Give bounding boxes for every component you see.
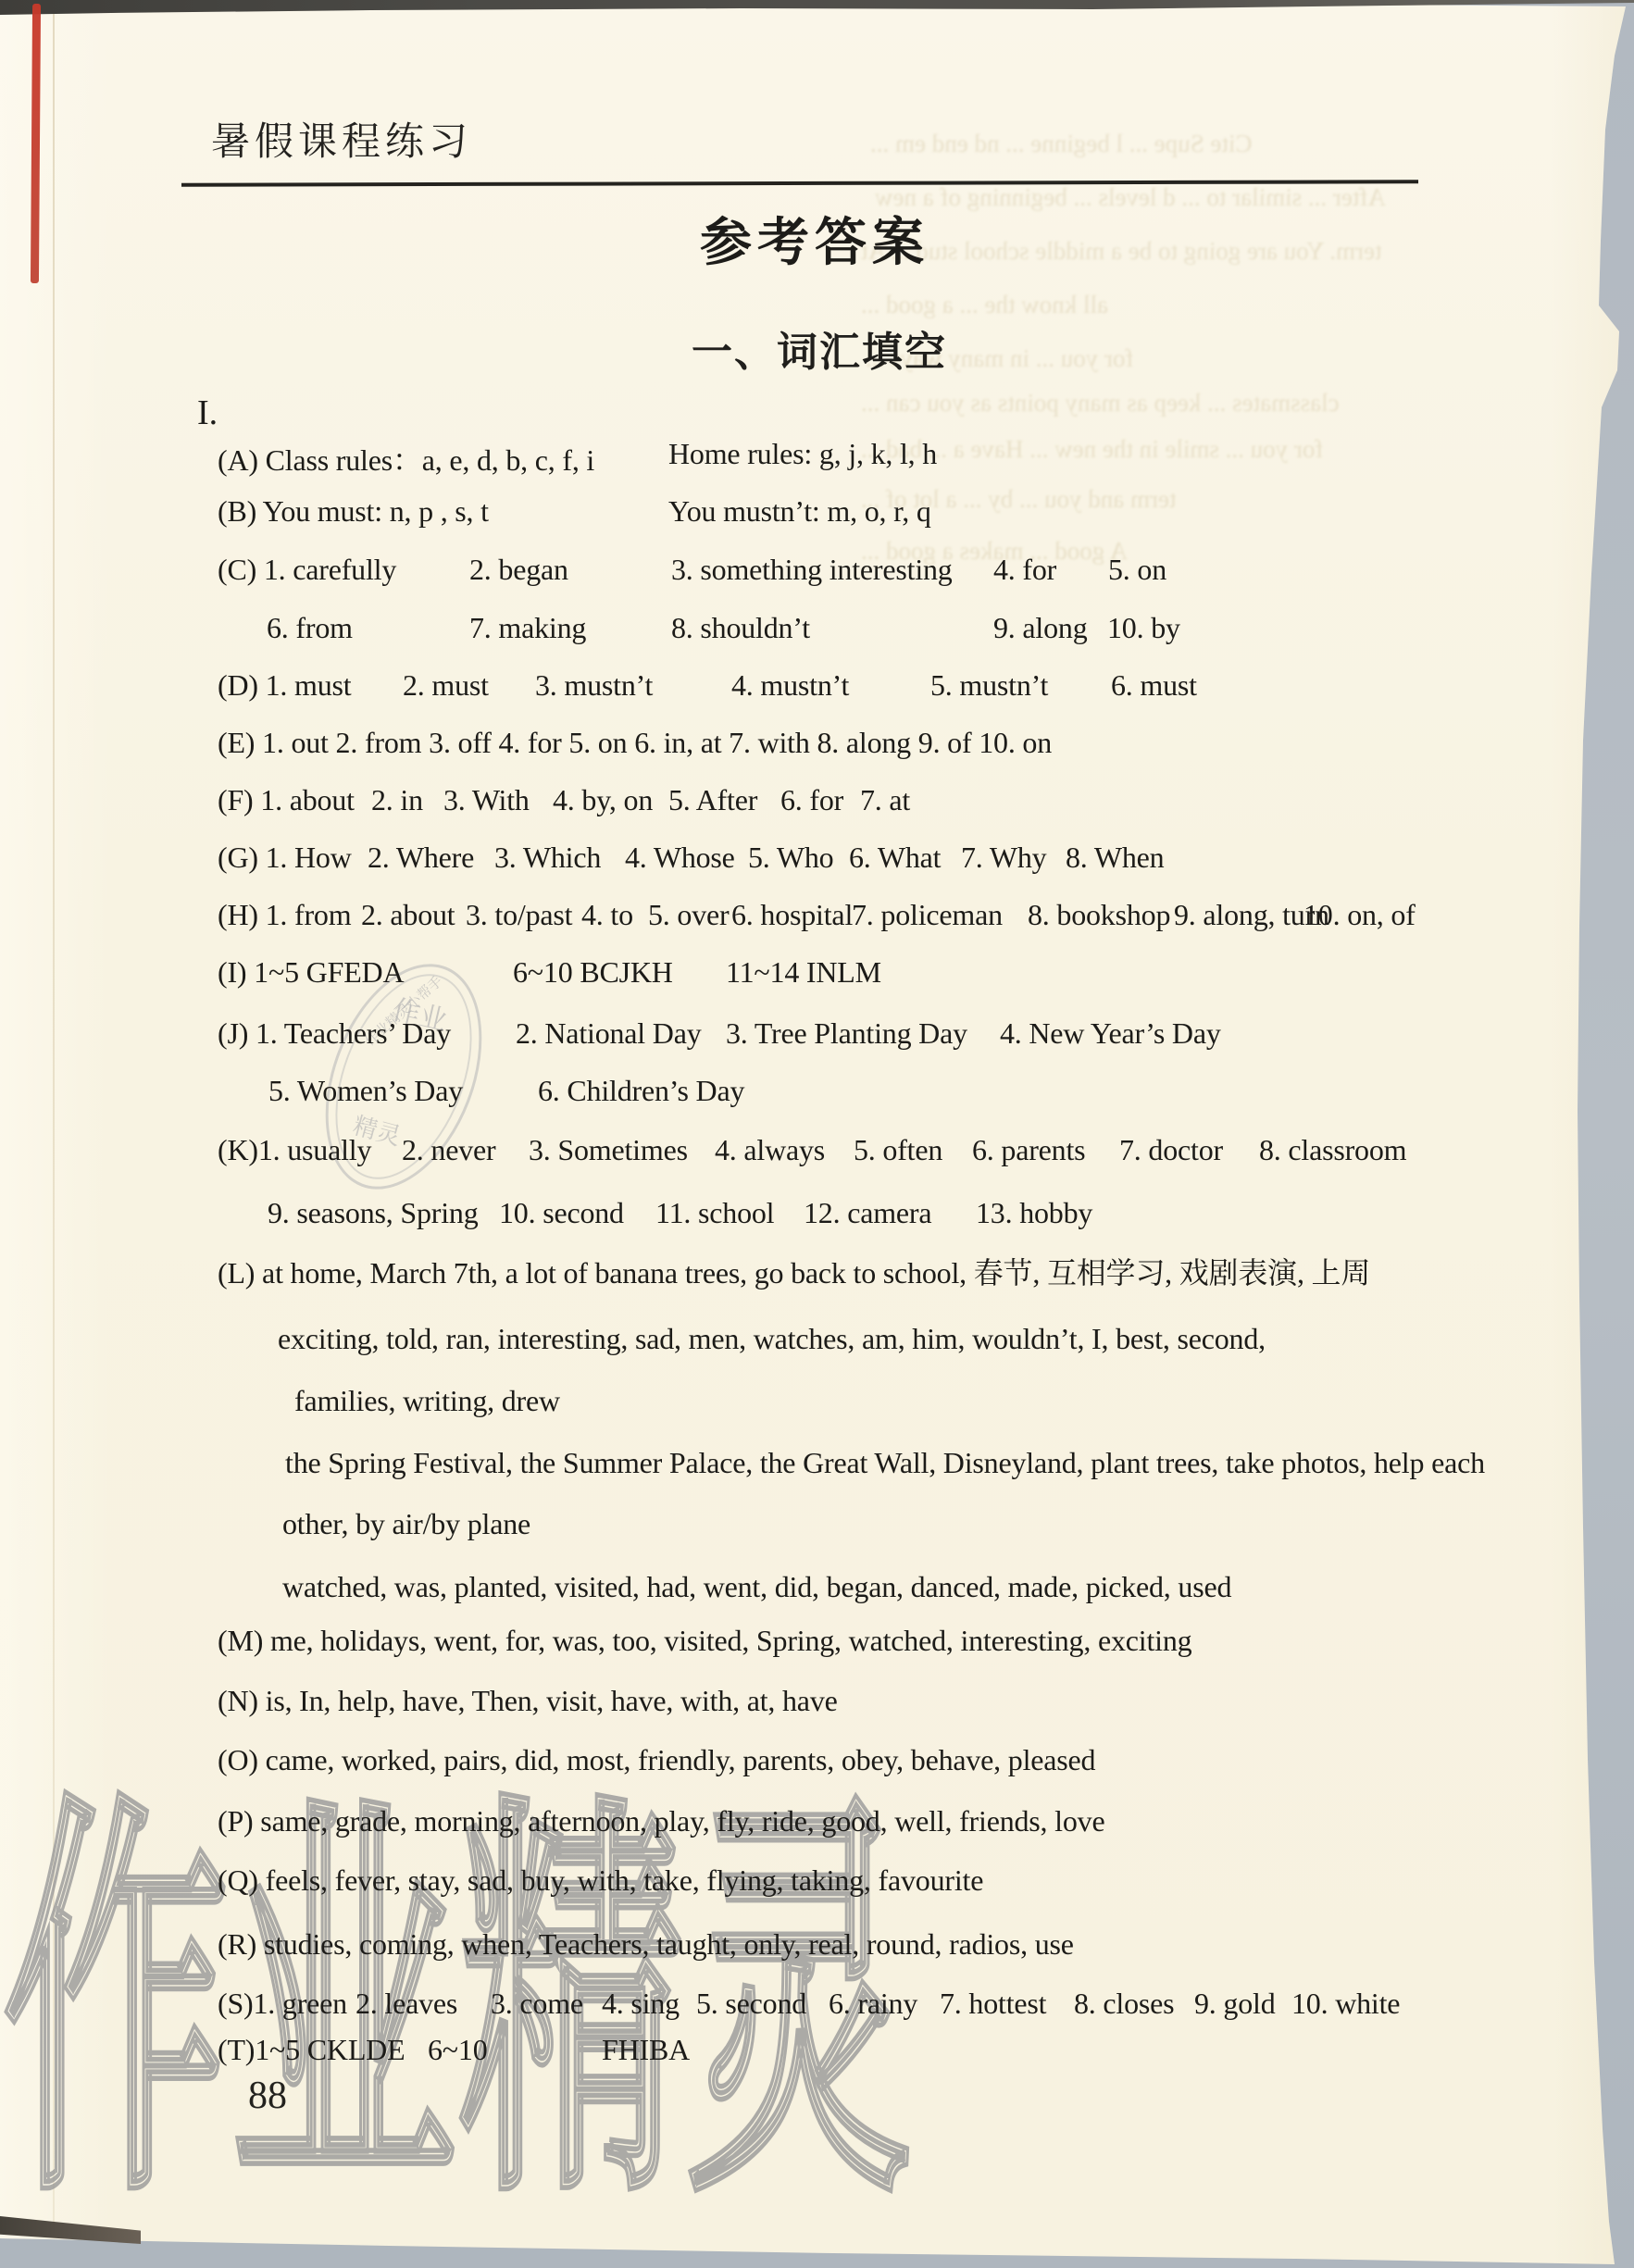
answer-segment: (N) is, In, help, have, Then, visit, hav… [218,1684,838,1718]
answer-segment: 6. from [267,611,353,645]
answer-segment: 5. Women’s Day [268,1074,463,1108]
answer-segment: 3. come [491,1987,583,2021]
answer-segment: (A) Class rules：a, e, d, b, c, f, i [218,437,594,480]
answer-segment: (Q) feels, fever, stay, sad, buy, with, … [218,1863,983,1898]
answer-segment: 6. Children’s Day [538,1074,744,1108]
answer-row-K2: 9. seasons, Spring10. second11. school12… [0,1196,1634,1237]
answer-row-J1: (J) 1. Teachers’ Day2. National Day3. Tr… [0,1016,1634,1057]
answer-segment: 6. must [1111,668,1197,703]
answer-segment: 2. about [361,898,455,932]
answer-row-L6: watched, was, planted, visited, had, wen… [0,1570,1634,1611]
answer-segment: 9. along [993,611,1088,645]
answer-row-G: (G) 1. How2. Where3. Which4. Whose5. Who… [0,841,1634,881]
answer-segment: 7. doctor [1119,1133,1223,1167]
answer-segment: 8. shouldn’t [671,611,810,645]
answer-row-T: (T)1~5 CKLDE6~10FHIBA [0,2033,1634,2074]
answer-segment: (R) studies, coming, when, Teachers, tau… [218,1927,1074,1962]
answer-segment: (H) 1. from [218,898,351,932]
answer-segment: Home rules: g, j, k, l, h [668,437,937,471]
answer-segment: 7. Why [961,841,1046,875]
answer-segment: (L) at home, March 7th, a lot of banana … [218,1250,1370,1292]
answer-segment: watched, was, planted, visited, had, wen… [282,1570,1231,1604]
answer-segment: FHIBA [602,2033,690,2067]
page-title: 参考答案 [611,202,1018,276]
answer-segment: 8. When [1066,841,1164,875]
answer-segment: 3. to/past [466,898,572,932]
answer-segment: You mustn’t: m, o, r, q [668,494,931,529]
answer-row-H: (H) 1. from2. about3. to/past4. to5. ove… [0,898,1634,939]
answer-row-O: (O) came, worked, pairs, did, most, frie… [0,1743,1634,1784]
answer-segment: 6. What [849,841,941,875]
answer-row-L4: the Spring Festival, the Summer Palace, … [0,1446,1634,1487]
answer-segment: 3. With [443,783,530,817]
answer-row-N: (N) is, In, help, have, Then, visit, hav… [0,1684,1634,1725]
answer-segment: 2. in [371,783,423,817]
answer-segment: 3. Which [494,841,601,875]
answer-segment: 4. for [993,553,1056,587]
answer-segment: 4. by, on [553,783,653,817]
answer-segment: 7. making [469,611,586,645]
answer-segment: 9. seasons, Spring [268,1196,479,1230]
bleed-through-line-1: Cite Supe ... l beginne ... nd end em ..… [870,130,1252,158]
answer-segment: (E) 1. out 2. from 3. off 4. for 5. on 6… [218,726,1052,760]
answer-segment: other, by air/by plane [282,1507,530,1541]
answer-segment: (J) 1. Teachers’ Day [218,1016,451,1051]
answer-row-E: (E) 1. out 2. from 3. off 4. for 5. on 6… [0,726,1634,766]
answer-segment: 7. at [860,783,910,817]
answer-segment: 8. closes [1074,1987,1174,2021]
page-number: 88 [248,2074,287,2118]
answer-segment: 5. over [648,898,729,932]
answer-segment: (M) me, holidays, went, for, was, too, v… [218,1624,1191,1658]
answer-segment: 4. mustn’t [731,668,849,703]
answer-row-P: (P) same, grade, morning, afternoon, pla… [0,1804,1634,1845]
answer-segment: 2. began [469,553,568,587]
answer-segment: 13. hobby [976,1196,1092,1230]
answer-segment: 2. must [403,668,489,703]
answer-segment: 5. mustn’t [930,668,1048,703]
answer-row-C2: 6. from7. making8. shouldn’t9. along10. … [0,611,1634,652]
answer-row-B: (B) You must: n, p , s, tYou mustn’t: m,… [0,494,1634,535]
answer-segment: 2. National Day [516,1016,702,1051]
answer-row-F: (F) 1. about2. in3. With4. by, on5. Afte… [0,783,1634,824]
answer-segment: (F) 1. about [218,783,355,817]
answer-segment: (K)1. usually [218,1133,371,1167]
answer-segment: (D) 1. must [218,668,351,703]
roman-numeral: I. [197,393,218,433]
answer-row-C1: (C) 1. carefully2. began3. something int… [0,553,1634,593]
answer-segment: 8. bookshop [1028,898,1170,932]
answer-segment: 4. always [715,1133,825,1167]
answer-segment: 12. camera [804,1196,931,1230]
answer-row-L5: other, by air/by plane [0,1507,1634,1548]
answer-segment: 7. policeman [852,898,1003,932]
answer-segment: 10. by [1107,611,1180,645]
answer-row-I: (I) 1~5 GFEDA6~10 BCJKH11~14 INLM [0,955,1634,996]
bleed-through-line-6: classmates ... keep as many points as yo… [861,389,1340,417]
answer-segment: 6. rainy [829,1987,917,2021]
answer-row-A: (A) Class rules：a, e, d, b, c, f, iHome … [0,437,1634,478]
answer-segment: 8. classroom [1259,1133,1406,1167]
answer-segment: 4. sing [602,1987,680,2021]
answer-segment: the Spring Festival, the Summer Palace, … [285,1446,1485,1480]
answer-segment: 5. Who [748,841,833,875]
answer-segment: 11~14 INLM [726,955,881,990]
scanned-page: Cite Supe ... l beginne ... nd end em ..… [0,0,1634,2268]
answer-segment: 7. hottest [940,1987,1046,2021]
answer-segment: 2. leaves [355,1987,457,2021]
answer-row-K1: (K)1. usually2. never3. Sometimes4. alwa… [0,1133,1634,1174]
answer-segment: 6. parents [972,1133,1085,1167]
answer-row-Q: (Q) feels, fever, stay, sad, buy, with, … [0,1863,1634,1904]
answer-row-S: (S)1. green2. leaves3. come4. sing5. sec… [0,1987,1634,2027]
answer-segment: (B) You must: n, p , s, t [218,494,489,529]
answer-segment: 4. to [581,898,633,932]
answer-segment: 5. on [1108,553,1166,587]
answer-segment: (C) 1. carefully [218,553,396,587]
answer-segment: (G) 1. How [218,841,352,875]
answer-segment: 2. never [402,1133,495,1167]
answer-segment: 5. second [696,1987,806,2021]
answer-segment: 5. After [668,783,757,817]
answer-segment: 3. Sometimes [529,1133,688,1167]
page-header: 暑假课程练习 [211,111,472,167]
answer-row-L2: exciting, told, ran, interesting, sad, m… [0,1322,1634,1363]
answer-segment: 10. white [1291,1987,1400,2021]
answer-segment: 2. Where [368,841,474,875]
answer-segment: (I) 1~5 GFEDA [218,955,404,990]
answer-segment: 4. Whose [625,841,735,875]
answer-segment: (T)1~5 CKLDE [218,2033,405,2067]
answer-segment: 6. for [780,783,843,817]
answer-segment: (P) same, grade, morning, afternoon, pla… [218,1804,1104,1838]
answer-segment: (S)1. green [218,1987,347,2021]
bleed-through-line-4: all know the ... a good ... [861,291,1108,319]
answer-segment: 3. mustn’t [535,668,653,703]
answer-row-J2: 5. Women’s Day6. Children’s Day [0,1074,1634,1115]
section-heading: 一、词汇填空 [602,318,1037,378]
answer-segment: 5. often [854,1133,942,1167]
answer-segment: 10. second [499,1196,624,1230]
answer-segment: 9. gold [1194,1987,1276,2021]
answer-segment: 3. something interesting [671,553,953,587]
answer-row-R: (R) studies, coming, when, Teachers, tau… [0,1927,1634,1968]
answer-row-L3: families, writing, drew [0,1384,1634,1425]
answer-segment: 6~10 BCJKH [513,955,673,990]
answer-segment: families, writing, drew [294,1384,560,1418]
answer-segment: (O) came, worked, pairs, did, most, frie… [218,1743,1095,1777]
answer-segment: 6. hospital [731,898,853,932]
answer-segment: 11. school [655,1196,774,1230]
answer-row-L1: (L) at home, March 7th, a lot of banana … [0,1250,1634,1290]
answer-segment: 4. New Year’s Day [1000,1016,1221,1051]
answer-segment: 10. on, of [1303,898,1416,932]
answer-row-M: (M) me, holidays, went, for, was, too, v… [0,1624,1634,1664]
answer-segment: 3. Tree Planting Day [726,1016,967,1051]
answer-segment: exciting, told, ran, interesting, sad, m… [278,1322,1266,1356]
answer-segment: 6~10 [428,2033,488,2067]
answer-row-D: (D) 1. must2. must3. mustn’t4. mustn’t5.… [0,668,1634,709]
